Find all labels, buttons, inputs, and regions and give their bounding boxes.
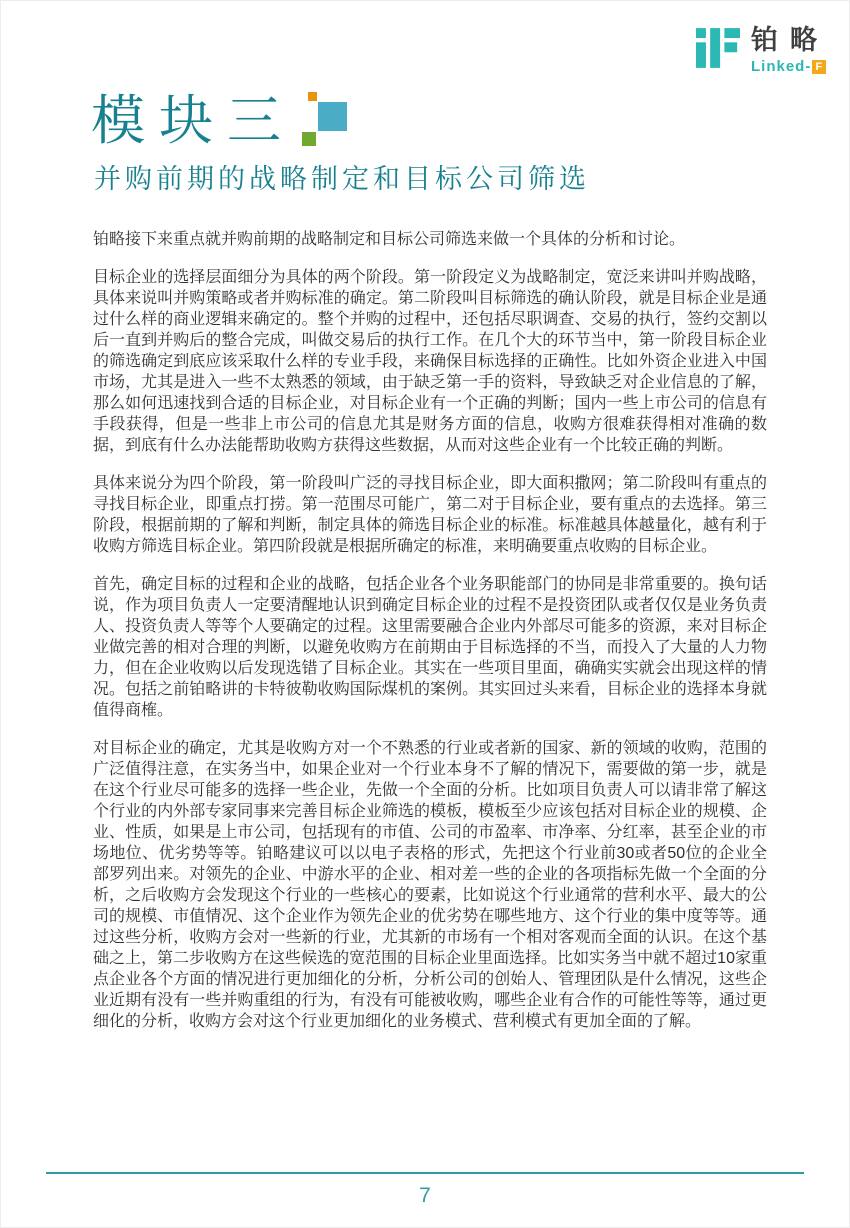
deco-square-green-icon	[302, 132, 316, 146]
page-number: 7	[1, 1184, 849, 1208]
footer-divider	[46, 1172, 804, 1174]
paragraph-screening-method: 对目标企业的确定，尤其是收购方对一个不熟悉的行业或者新的国家、新的领域的收购，范…	[93, 738, 767, 1032]
module-title: 模块三	[91, 93, 295, 150]
deco-square-teal-icon	[318, 102, 347, 131]
paragraph-intro: 铂略接下来重点就并购前期的战略制定和目标公司筛选来做一个具体的分析和讨论。	[93, 229, 767, 250]
paragraph-strategy-synergy: 首先，确定目标的过程和企业的战略，包括企业各个业务职能部门的协同是非常重要的。换…	[93, 574, 767, 721]
linked-f-logo-icon	[696, 27, 740, 69]
module-subtitle: 并购前期的战略制定和目标公司筛选	[94, 157, 590, 196]
brand-logo: 铂略 Linked- F	[696, 27, 829, 74]
article-body: 铂略接下来重点就并购前期的战略制定和目标公司筛选来做一个具体的分析和讨论。 目标…	[93, 229, 767, 1032]
paragraph-four-phases: 具体来说分为四个阶段，第一阶段叫广泛的寻找目标企业，即大面积撒网；第二阶段叫有重…	[93, 473, 767, 557]
paragraph-two-stages: 目标企业的选择层面细分为具体的两个阶段。第一阶段定义为战略制定，宽泛来讲叫并购战…	[93, 267, 767, 456]
brand-name-cn: 铂略	[751, 27, 829, 54]
brand-name-en-f-badge: F	[812, 60, 826, 74]
brand-name-en: Linked- F	[751, 59, 829, 74]
brand-logo-text: 铂略 Linked- F	[751, 27, 829, 74]
brand-name-en-prefix: Linked-	[751, 59, 811, 74]
deco-square-orange-icon	[308, 92, 317, 101]
document-page: 铂略 Linked- F 模块三 并购前期的战略制定和目标公司筛选 铂略接下来重…	[0, 0, 850, 1228]
